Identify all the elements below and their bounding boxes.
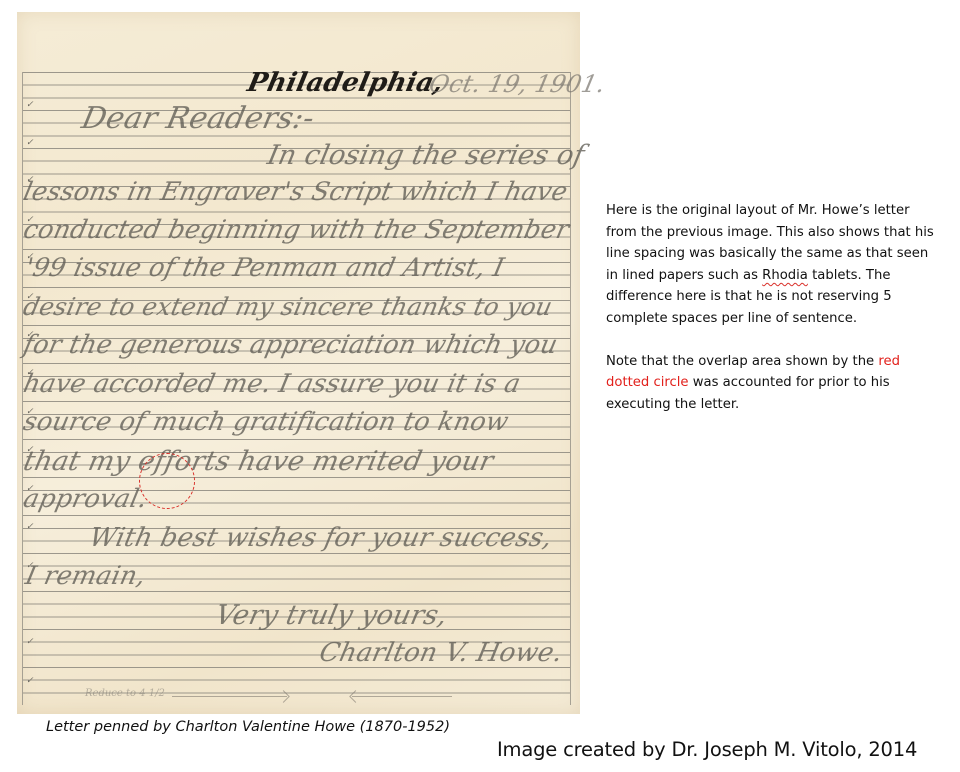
margin-tick-mark: ✓ — [26, 138, 34, 148]
letter-salutation: Dear Readers:- — [79, 104, 317, 134]
letter-body-line: In closing the series of — [265, 142, 587, 169]
letter-body-line: With best wishes for your success, — [87, 525, 554, 551]
arrow-right-icon — [172, 696, 287, 697]
letter-signature: Charlton V. Howe. — [317, 640, 565, 666]
arrow-left-icon — [352, 696, 452, 697]
letter-body-line: conducted beginning with the September — [21, 218, 571, 244]
annotation-text: Note that the overlap area shown by the — [606, 354, 878, 369]
annotation-text-block: Here is the original layout of Mr. Howe’… — [606, 200, 936, 436]
letter-caption: Letter penned by Charlton Valentine Howe… — [46, 719, 450, 735]
letter-body-line: have accorded me. I assure you it is a — [21, 372, 523, 398]
letter-body-line: source of much gratification to know — [21, 410, 511, 436]
letter-body-line: approval. — [21, 487, 149, 513]
margin-tick-mark: ✓ — [26, 100, 34, 110]
annotation-paragraph-2: Note that the overlap area shown by the … — [606, 351, 936, 416]
letter-body-line: for the generous appreciation which you — [21, 333, 560, 359]
spellcheck-flagged-word: Rhodia — [762, 268, 808, 283]
letter-heading-city: Philadelphia, — [245, 70, 446, 96]
red-dotted-circle-highlight — [139, 453, 195, 509]
letter-heading-date: Oct. 19, 1901. — [427, 72, 607, 96]
annotation-paragraph-1: Here is the original layout of Mr. Howe’… — [606, 200, 936, 330]
letter-closing: Very truly yours, — [213, 602, 450, 629]
pencil-note: Reduce to 4 1/2 — [85, 688, 165, 699]
letter-scan: ✓ ✓ ✓ ✓ ✓ ✓ ✓ ✓ ✓ ✓ ✓ ✓ ✓ ✓ ✓ Philadelph… — [17, 12, 580, 714]
letter-body-line: I remain, — [23, 564, 148, 590]
margin-tick-mark: ✓ — [26, 522, 34, 532]
letter-body-line: lessons in Engraver's Script which I hav… — [21, 180, 570, 206]
margin-tick-mark: ✓ — [26, 676, 34, 686]
letter-body-line: '99 issue of the Penman and Artist, I — [23, 256, 506, 282]
margin-tick-mark: ✓ — [26, 637, 34, 647]
image-credit: Image created by Dr. Joseph M. Vitolo, 2… — [497, 738, 917, 761]
letter-body-line: desire to extend my sincere thanks to yo… — [21, 295, 555, 320]
letter-body-line: that my efforts have merited your — [21, 448, 496, 475]
